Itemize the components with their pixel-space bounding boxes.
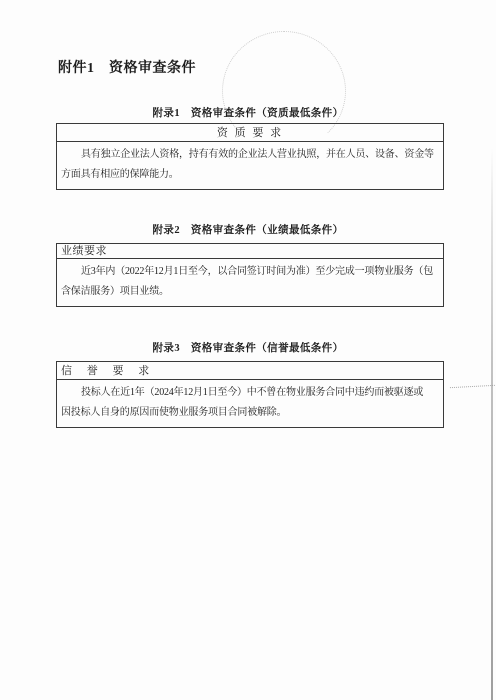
- appendix-3-heading: 附录3 资格审查条件（信誉最低条件）: [0, 340, 496, 355]
- appendix-2-heading: 附录2 资格审查条件（业绩最低条件）: [0, 222, 496, 237]
- qualification-table-body: 具有独立企业法人资格，持有有效的企业法人营业执照，并在人员、设备、资金等 方面具…: [57, 142, 443, 189]
- appendix-1-heading: 附录1 资格审查条件（资质最低条件）: [0, 105, 496, 120]
- performance-requirements-table: 业绩要求 近3年内（2022年12月1日至今，以合同签订时间为准）至少完成一项物…: [56, 243, 444, 307]
- scanned-document-page: 附件1 资格审查条件 附录1 资格审查条件（资质最低条件） 资 质 要 求 具有…: [0, 0, 496, 700]
- table-body-line: 方面具有相应的保障能力。: [61, 165, 439, 185]
- table-body-line: 投标人在近1年（2024年12月1日至今）中不曾在物业服务合同中违约而被驱逐或: [61, 383, 439, 403]
- document-title: 附件1 资格审查条件: [58, 57, 196, 77]
- performance-table-header: 业绩要求: [57, 244, 443, 259]
- table-body-line: 含保洁服务）项目业绩。: [61, 282, 439, 302]
- qualification-requirements-table: 资 质 要 求 具有独立企业法人资格，持有有效的企业法人营业执照，并在人员、设备…: [56, 123, 444, 190]
- table-body-line: 因投标人自身的原因而使物业服务项目合同被解除。: [61, 403, 439, 423]
- reputation-table-body: 投标人在近1年（2024年12月1日至今）中不曾在物业服务合同中违约而被驱逐或 …: [57, 380, 443, 427]
- performance-table-body: 近3年内（2022年12月1日至今，以合同签订时间为准）至少完成一项物业服务（包…: [57, 259, 443, 306]
- qualification-table-header: 资 质 要 求: [57, 124, 443, 142]
- reputation-requirements-table: 信 誉 要 求 投标人在近1年（2024年12月1日至今）中不曾在物业服务合同中…: [56, 361, 444, 428]
- table-body-line: 具有独立企业法人资格，持有有效的企业法人营业执照，并在人员、设备、资金等: [61, 145, 439, 165]
- table-body-line: 近3年内（2022年12月1日至今，以合同签订时间为准）至少完成一项物业服务（包: [61, 262, 439, 282]
- reputation-table-header: 信 誉 要 求: [57, 362, 443, 380]
- scan-smudge-artifact: [450, 385, 495, 391]
